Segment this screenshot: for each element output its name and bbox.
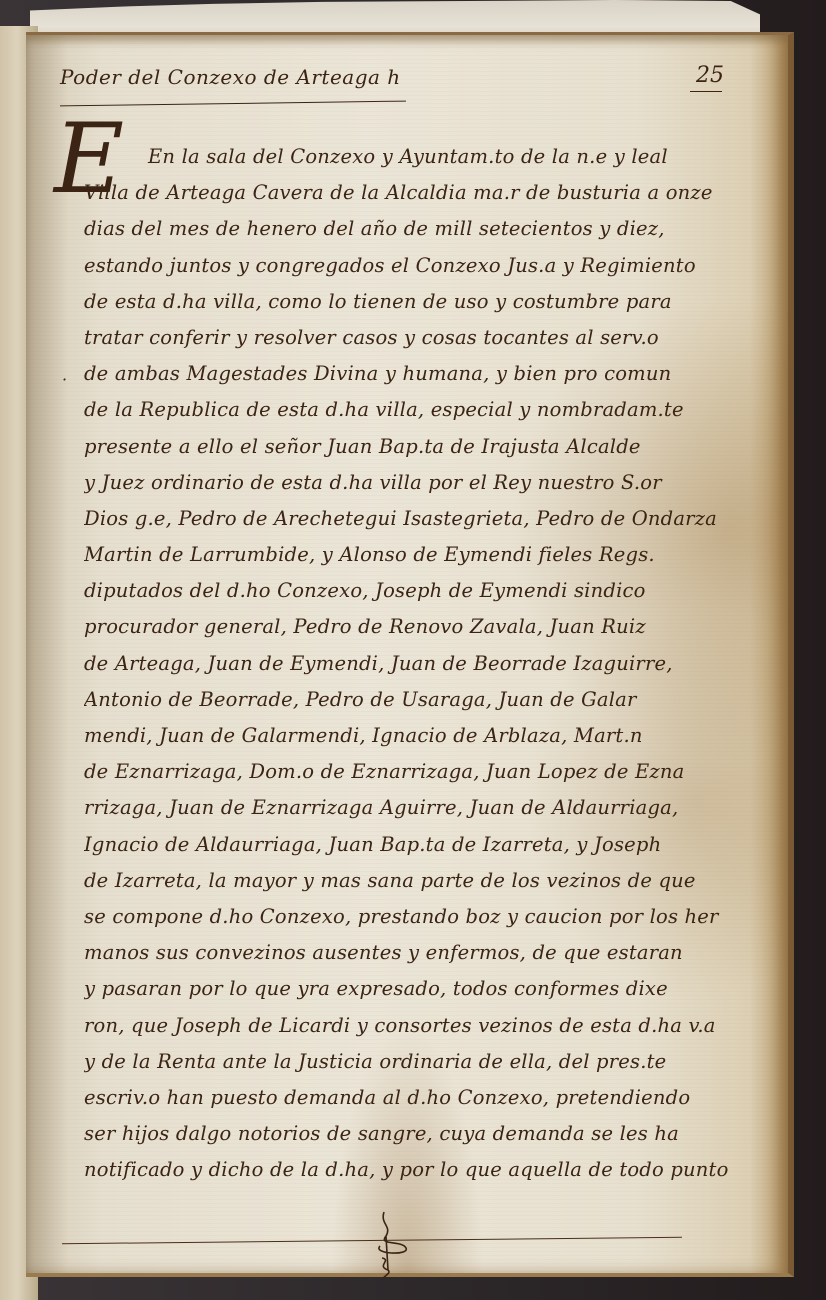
manuscript-line: de Eznarrizaga, Dom.o de Eznarrizaga, Ju… [84,754,760,790]
margin-dot: · [62,370,67,389]
manuscript-line: escriv.o han puesto demanda al d.ho Conz… [84,1080,760,1116]
manuscript-line: Martin de Larrumbide, y Alonso de Eymend… [84,537,760,573]
manuscript-line: Villa de Arteaga Cavera de la Alcaldia m… [84,175,760,211]
manuscript-line: de Izarreta, la mayor y mas sana parte d… [84,863,760,899]
header-title: Poder del Conzexo de Arteaga [60,65,380,89]
manuscript-line: y de la Renta ante la Justicia ordinaria… [84,1044,760,1080]
manuscript-line: diputados del d.ho Conzexo, Joseph de Ey… [84,573,760,609]
gutter-shadow [26,35,68,1273]
manuscript-line: Ignacio de Aldaurriaga, Juan Bap.ta de I… [84,827,760,863]
manuscript-line: de ambas Magestades Divina y humana, y b… [84,356,760,392]
folio-number: 25 [696,63,724,88]
manuscript-line: de esta d.ha villa, como lo tienen de us… [84,284,760,320]
signature-flourish-icon [362,1210,422,1280]
manuscript-line: procurador general, Pedro de Renovo Zava… [84,609,760,645]
page-header: Poder del Conzexo de Arteaga h [60,65,401,89]
header-mark: h [387,65,400,89]
manuscript-line: mendi, Juan de Galarmendi, Ignacio de Ar… [84,718,760,754]
manuscript-line: presente a ello el señor Juan Bap.ta de … [84,429,760,465]
manuscript-line: de la Republica de esta d.ha villa, espe… [84,392,760,428]
manuscript-line: manos sus convezinos ausentes y enfermos… [84,935,760,971]
manuscript-line: de Arteaga, Juan de Eymendi, Juan de Beo… [84,646,760,682]
manuscript-line: Antonio de Beorrade, Pedro de Usaraga, J… [84,682,760,718]
manuscript-line: En la sala del Conzexo y Ayuntam.to de l… [84,139,760,175]
manuscript-line: se compone d.ho Conzexo, prestando boz y… [84,899,760,935]
manuscript-line: tratar conferir y resolver casos y cosas… [84,320,760,356]
manuscript-line: notificado y dicho de la d.ha, y por lo … [84,1152,760,1188]
manuscript-line: estando juntos y congregados el Conzexo … [84,248,760,284]
folio-underline [690,91,722,92]
manuscript-line: y pasaran por lo que yra expresado, todo… [84,971,760,1007]
manuscript-line: rrizaga, Juan de Eznarrizaga Aguirre, Ju… [84,790,760,826]
manuscript-line: y Juez ordinario de esta d.ha villa por … [84,465,760,501]
manuscript-line: dias del mes de henero del año de mill s… [84,211,760,247]
manuscript-line: Dios g.e, Pedro de Arechetegui Isastegri… [84,501,760,537]
manuscript-line: ron, que Joseph de Licardi y consortes v… [84,1008,760,1044]
manuscript-page: Poder del Conzexo de Arteaga h 25 E En l… [26,32,794,1277]
manuscript-line: ser hijos dalgo notorios de sangre, cuya… [84,1116,760,1152]
manuscript-body: En la sala del Conzexo y Ayuntam.to de l… [84,139,760,1188]
